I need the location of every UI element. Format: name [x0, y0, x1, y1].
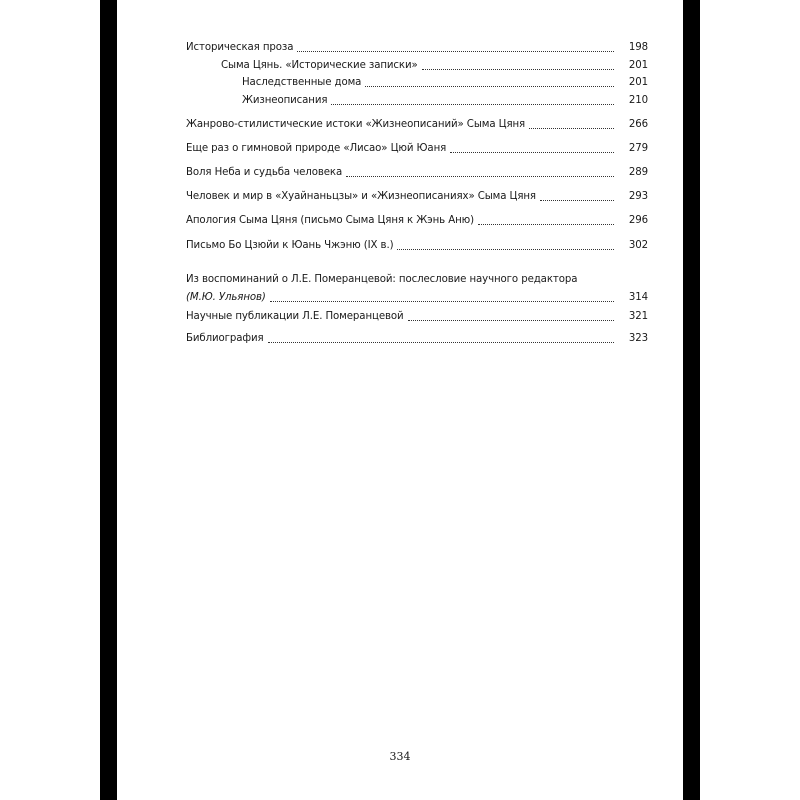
dot-leader [270, 291, 614, 305]
dot-leader [478, 214, 614, 228]
dot-leader [365, 76, 614, 90]
toc-entry-page: 279 [614, 142, 648, 156]
dot-leader [450, 142, 614, 156]
toc-entry-page: 210 [614, 94, 648, 108]
right-black-border [683, 0, 700, 800]
toc-entry-page: 201 [614, 59, 648, 73]
toc-entry[interactable]: Письмо Бо Цзюйи к Юань Чжэню (IX в.) 302 [186, 237, 648, 253]
toc-entry[interactable]: Жизнеописания 210 [186, 92, 648, 108]
toc-entry-title: Историческая проза [186, 41, 297, 55]
toc-entry-title: Жанрово-стилистические истоки «Жизнеопис… [186, 118, 529, 132]
toc-entry-page: 293 [614, 190, 648, 204]
toc-entry[interactable]: Апология Сыма Цяня (письмо Сыма Цяня к Ж… [186, 212, 648, 228]
toc-entry-title: Жизнеописания [186, 94, 331, 108]
left-black-border [100, 0, 117, 800]
dot-leader [408, 310, 614, 324]
toc-entry-title: Из воспоминаний о Л.Е. Померанцевой: пос… [186, 273, 648, 289]
dot-leader [346, 166, 614, 180]
toc-entry-page: 201 [614, 76, 648, 90]
dot-leader [422, 59, 614, 73]
toc-entry[interactable]: Научные публикации Л.Е. Померанцевой 321 [186, 308, 648, 324]
toc-entry[interactable]: Сыма Цянь. «Исторические записки» 201 [186, 57, 648, 73]
toc-entry[interactable]: Библиография 323 [186, 330, 648, 346]
toc-entry[interactable]: Наследственные дома 201 [186, 74, 648, 90]
dot-leader [268, 332, 614, 346]
toc-entry-title: Письмо Бо Цзюйи к Юань Чжэню (IX в.) [186, 239, 397, 253]
toc-entry[interactable]: Жанрово-стилистические истоки «Жизнеопис… [186, 116, 648, 132]
toc-entry-page: 198 [614, 41, 648, 55]
toc-entry-page: 314 [614, 291, 648, 305]
dot-leader [331, 94, 614, 108]
toc-entry-title: Воля Неба и судьба человека [186, 166, 346, 180]
toc-entry-page: 302 [614, 239, 648, 253]
toc-entry-title: Еще раз о гимновой природе «Лисао» Цюй Ю… [186, 142, 450, 156]
toc-entry[interactable]: Воля Неба и судьба человека 289 [186, 164, 648, 180]
toc-entry-page: 296 [614, 214, 648, 228]
toc-entry[interactable]: Человек и мир в «Хуайнаньцзы» и «Жизнеоп… [186, 188, 648, 204]
toc-entry-title: Библиография [186, 332, 268, 346]
toc-entry[interactable]: Из воспоминаний о Л.Е. Померанцевой: пос… [186, 273, 648, 305]
toc-entry-page: 289 [614, 166, 648, 180]
toc-entry-page: 321 [614, 310, 648, 324]
toc-entry[interactable]: Еще раз о гимновой природе «Лисао» Цюй Ю… [186, 140, 648, 156]
toc-entry-title: Наследственные дома [186, 76, 365, 90]
toc-entry-title: Научные публикации Л.Е. Померанцевой [186, 310, 408, 324]
toc-entry-title: Сыма Цянь. «Исторические записки» [186, 59, 422, 73]
dot-leader [529, 118, 614, 132]
dot-leader [540, 190, 614, 204]
dot-leader [297, 41, 614, 55]
dot-leader [397, 239, 614, 253]
toc-entry-title-continuation: (М.Ю. Ульянов) [186, 291, 270, 305]
toc-entry-title: Человек и мир в «Хуайнаньцзы» и «Жизнеоп… [186, 190, 540, 204]
page-number: 334 [0, 750, 800, 763]
toc-entry-title: Апология Сыма Цяня (письмо Сыма Цяня к Ж… [186, 214, 478, 228]
toc-entry-page: 323 [614, 332, 648, 346]
toc-entry-page: 266 [614, 118, 648, 132]
toc-entry[interactable]: Историческая проза 198 [186, 39, 648, 55]
